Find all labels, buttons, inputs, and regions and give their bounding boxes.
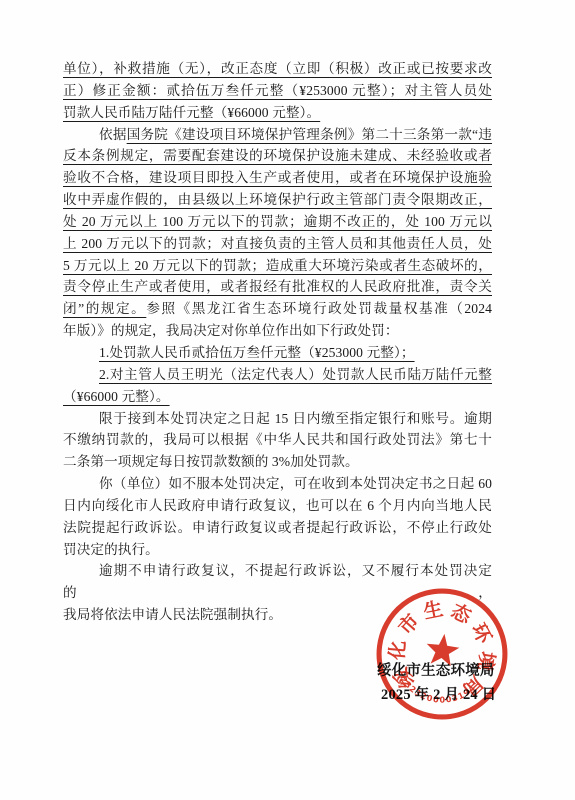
- document-line: 年版）》的规定，我局决定对你单位作出如下行政处罚：: [63, 320, 492, 342]
- underlined-text: 正）修正金额：贰拾伍万叁仟元整（¥253000 元整）；对主管人员处: [63, 83, 492, 98]
- plain-text: 你（单位）如不服本处罚决定，可在收到本处罚决定书之日起 60: [99, 476, 492, 491]
- underlined-text: 1.处罚款人民币贰拾伍万叁仟元整（¥253000 元整）；: [99, 345, 415, 360]
- document-line: 责令停止生产或者使用，或者报经有批准权的人民政府批准，责令关: [63, 276, 492, 298]
- underlined-text: 国务院《建设项目环境保护管理条例》第二十三条第一款“违: [127, 127, 492, 142]
- plain-text: 法院提起行政诉讼。申请行政复议或者提起行政诉讼，不停止行政处: [63, 520, 492, 535]
- underlined-text: 单位），补救措施（无），改正态度（立即（积极）改正或已按要求改: [63, 61, 492, 76]
- underlined-text: 收中弄虚作假的，由县级以上环境保护行政主管部门责令限期改正，: [63, 192, 492, 207]
- document-line: 反本条例规定，需要配套建设的环境保护设施未建成、未经验收或者: [63, 145, 492, 167]
- plain-text: 日内向绥化市人民政府申请行政复议，也可以在 6 个月内向当地人民: [63, 498, 492, 513]
- plain-text: 不缴纳罚款的，我局可以根据《中华人民共和国行政处罚法》第七十: [63, 432, 492, 447]
- document-line: 单位），补救措施（无），改正态度（立即（积极）改正或已按要求改: [63, 58, 492, 80]
- document-line: 日内向绥化市人民政府申请行政复议，也可以在 6 个月内向当地人民: [63, 495, 492, 517]
- underlined-text: 反本条例规定，需要配套建设的环境保护设施未建成、未经验收或者: [63, 148, 492, 163]
- underlined-text: 处 20 万元以上 100 万元以下的罚款；逾期不改正的，处 100 万元以: [63, 214, 492, 229]
- document-page: 单位），补救措施（无），改正态度（立即（积极）改正或已按要求改正）修正金额：贰拾…: [0, 0, 575, 800]
- seal-ring-char: 环: [467, 620, 496, 648]
- document-line: 二条第一项规定每日按罚款数额的 3%加处罚款。: [63, 451, 492, 473]
- underlined-text: 闭”的规定。: [63, 301, 146, 316]
- document-line: 收中弄虚作假的，由县级以上环境保护行政主管部门责令限期改正，: [63, 189, 492, 211]
- underlined-text: 验收不合格，建设项目即投入生产或者使用，或者在环境保护设施验: [63, 170, 492, 185]
- seal-ring-char: 境: [473, 650, 499, 673]
- plain-text: 年版）》的规定，我局决定对你单位作出如下行政处罚：: [63, 323, 399, 338]
- document-line: 1.处罚款人民币贰拾伍万叁仟元整（¥253000 元整）；: [63, 342, 492, 364]
- document-line: 上 200 万元以下的罚款；对直接负责的主管人员和其他责任人员，处: [63, 233, 492, 255]
- plain-text: 参照《黑龙江省生态环境行政处罚裁量权基准（2024: [146, 301, 492, 316]
- seal-star-icon: [424, 632, 460, 667]
- plain-text: 限于接到本处罚决定之日起 15 日内缴至指定银行和账号。逾期: [99, 411, 492, 426]
- document-line: 罚款人民币陆万陆仟元整（¥66000 元整）。: [63, 102, 492, 124]
- seal-ring-char: 生: [421, 597, 444, 623]
- document-line: 法院提起行政诉讼。申请行政复议或者提起行政诉讼，不停止行政处: [63, 517, 492, 539]
- document-line: 你（单位）如不服本处罚决定，可在收到本处罚决定书之日起 60: [63, 473, 492, 495]
- underlined-text: （¥66000 元整）。: [63, 389, 170, 404]
- underlined-text: 责令停止生产或者使用，或者报经有批准权的人民政府批准，责令关: [63, 279, 492, 294]
- document-line: （¥66000 元整）。: [63, 386, 492, 408]
- document-line: 正）修正金额：贰拾伍万叁仟元整（¥253000 元整）；对主管人员处: [63, 80, 492, 102]
- document-line: 处 20 万元以上 100 万元以下的罚款；逾期不改正的，处 100 万元以: [63, 211, 492, 233]
- document-line: 不缴纳罚款的，我局可以根据《中华人民共和国行政处罚法》第七十: [63, 429, 492, 451]
- document-body: 单位），补救措施（无），改正态度（立即（积极）改正或已按要求改正）修正金额：贰拾…: [63, 58, 492, 626]
- underlined-text: 5 万元以上 20 万元以下的罚款；造成重大环境污染或者生态破坏的，: [63, 258, 492, 273]
- document-line: 罚决定的执行。: [63, 539, 492, 561]
- plain-text: 依据: [99, 127, 127, 142]
- seal-ring-char: 市: [394, 609, 424, 639]
- underlined-text: 2.对主管人员王明光（法定代表人）处罚款人民币陆万陆仟元整: [99, 367, 492, 382]
- document-line: 依据国务院《建设项目环境保护管理条例》第二十三条第一款“违: [63, 124, 492, 146]
- document-line: 5 万元以上 20 万元以下的罚款；造成重大环境污染或者生态破坏的，: [63, 255, 492, 277]
- plain-text: 罚决定的执行。: [63, 542, 159, 557]
- plain-text: 二条第一项规定每日按罚款数额的 3%加处罚款。: [63, 454, 359, 469]
- document-line: 闭”的规定。参照《黑龙江省生态环境行政处罚裁量权基准（2024: [63, 298, 492, 320]
- underlined-text: 上 200 万元以下的罚款；对直接负责的主管人员和其他责任人员，处: [63, 236, 492, 251]
- plain-text: 我局将依法申请人民法院强制执行。: [63, 607, 282, 622]
- document-line: 2.对主管人员王明光（法定代表人）处罚款人民币陆万陆仟元整: [63, 364, 492, 386]
- official-seal: 绥化市生态环境局 2323200003194: [366, 578, 518, 730]
- seal-ring-char: 态: [448, 599, 476, 628]
- document-line: 限于接到本处罚决定之日起 15 日内缴至指定银行和账号。逾期: [63, 408, 492, 430]
- document-line: 验收不合格，建设项目即投入生产或者使用，或者在环境保护设施验: [63, 167, 492, 189]
- seal-ring-char: 化: [386, 640, 410, 662]
- underlined-text: 罚款人民币陆万陆仟元整（¥66000 元整）。: [63, 105, 320, 120]
